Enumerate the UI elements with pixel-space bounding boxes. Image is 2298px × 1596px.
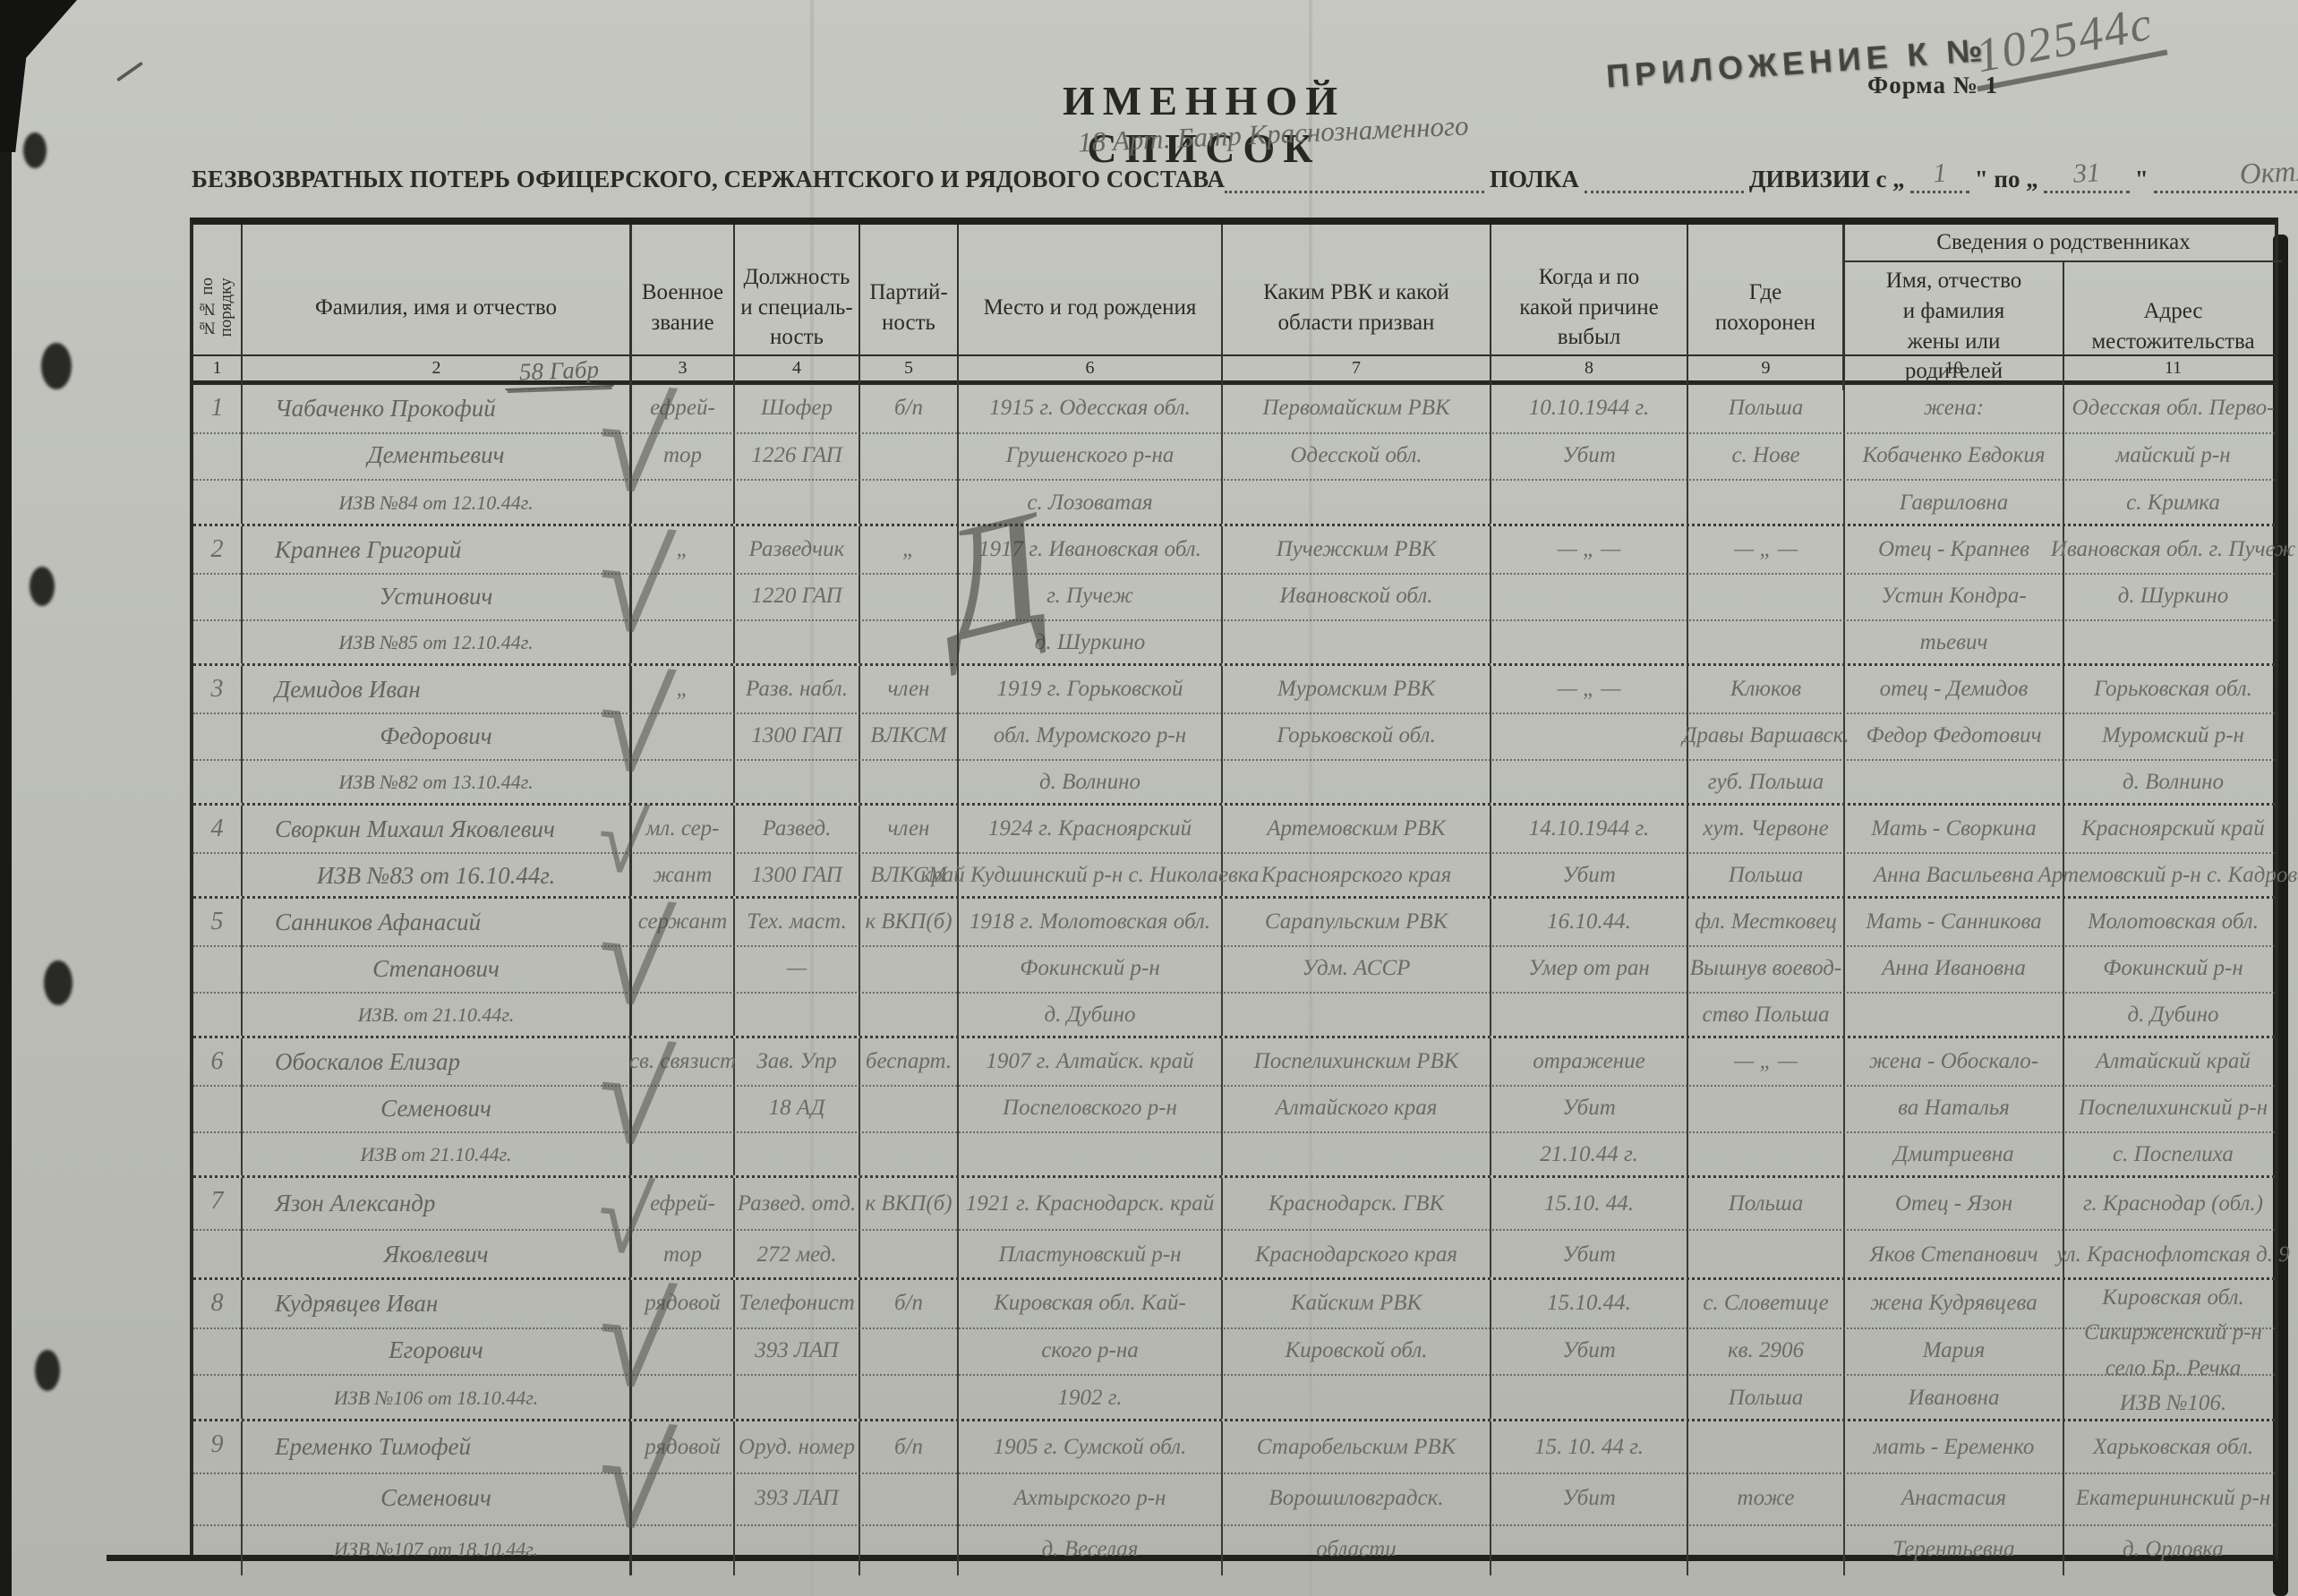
cell-num: 4 <box>193 806 243 896</box>
cell-line: Первомайским РВК <box>1223 385 1490 432</box>
cell-line: Горьковской обл. <box>1223 713 1490 759</box>
cell-line: Польша <box>1688 852 1843 899</box>
cell-party: б/п <box>860 1421 959 1575</box>
cell-line: фл. Местковец <box>1688 899 1843 945</box>
cell-line: Кировская обл. Кай- <box>959 1280 1221 1327</box>
cell-when: 14.10.1944 г.Убит <box>1491 806 1688 896</box>
cell-line: 10.10.1944 г. <box>1491 385 1687 432</box>
cell-line: Харьковская обл. <box>2064 1421 2282 1472</box>
cell-line: тоже <box>1688 1472 1843 1523</box>
cell-line: ИЗВ №84 от 12.10.44г. <box>243 479 629 526</box>
cell-num: 2 <box>193 526 243 663</box>
header-row-number-label: №№ по порядку <box>199 277 236 337</box>
cell-line: 1902 г. <box>959 1374 1221 1421</box>
cell-line: ИЗВ. от 21.10.44г. <box>243 992 629 1038</box>
cell-line: с. Лозоватая <box>959 479 1221 526</box>
cell-line: Польша <box>1688 1374 1843 1421</box>
cell-line: село Бр. Речка <box>2064 1351 2282 1387</box>
handwritten-annotation-58gabr: 58 Габр <box>504 355 613 390</box>
from-day-blank: 1 <box>1910 160 1969 193</box>
cell-when: отражениеУбит21.10.44 г. <box>1491 1038 1688 1175</box>
cell-line: 1220 ГАП <box>735 573 859 619</box>
cell-party: к ВКП(б) <box>860 1178 959 1277</box>
cell-rel: Отец - ЯзонЯков Степанович <box>1845 1178 2064 1277</box>
cell-line: 15.10.44. <box>1491 1280 1687 1327</box>
cell-line: ИЗВ №106. <box>2064 1387 2282 1422</box>
cell-line: Муромский р-н <box>2064 713 2282 759</box>
cell-where: Польша <box>1688 1178 1845 1277</box>
cell-party: „ <box>860 526 959 663</box>
cell-line: д. Шуркино <box>959 619 1221 666</box>
cell-line: Разведчик <box>735 526 859 573</box>
cell-line: д. Шуркино <box>2064 573 2282 619</box>
cell-line: жена Кудрявцева <box>1845 1280 2063 1327</box>
cell-line: б/п <box>860 1280 957 1327</box>
cell-line: Устинович <box>243 573 629 619</box>
cell-party: членВЛКСМ <box>860 666 959 803</box>
cell-addr: Алтайский крайПоспелихинский р-нс. Поспе… <box>2064 1038 2282 1175</box>
cell-line: Федорович <box>243 713 629 759</box>
cell-line: ство Польша <box>1688 992 1843 1038</box>
cell-line: д. Дубино <box>2064 992 2282 1038</box>
cell-name: Обоскалов ЕлизарСеменовичИЗВ от 21.10.44… <box>243 1038 632 1175</box>
cell-line: Красноярский край <box>2064 806 2282 852</box>
cell-line: св. связист <box>632 1038 733 1085</box>
cell-line: Пучежским РВК <box>1223 526 1490 573</box>
cell-line: Муромским РВК <box>1223 666 1490 713</box>
cell-line: 393 ЛАП <box>735 1472 859 1523</box>
cell-rvk: Пучежским РВКИвановской обл. <box>1223 526 1491 663</box>
cell-line: 272 мед. <box>735 1229 859 1280</box>
cell-line: Еременко Тимофей <box>243 1421 629 1472</box>
table-row: 3Демидов ИванФедоровичИЗВ №82 от 13.10.4… <box>193 666 2275 806</box>
cell-line: Польша <box>1688 385 1843 432</box>
cell-line: Терентьевна <box>1845 1524 2063 1575</box>
polka-blank <box>1585 160 1744 193</box>
column-number: 1 <box>193 356 243 380</box>
cell-line: Ворошиловградск. <box>1223 1472 1490 1523</box>
casualty-table: №№ по порядку Фамилия, имя и отчество Во… <box>190 218 2278 1561</box>
cell-line: ефрей- <box>632 1178 733 1229</box>
cell-line: Федор Федотович <box>1845 713 2063 759</box>
cell-name: Своркин Михаил ЯковлевичИЗВ №83 от 16.10… <box>243 806 632 896</box>
cell-line: край Кудшинский р-н с. Николаевка <box>959 852 1221 899</box>
cell-line: Убит <box>1491 1085 1687 1131</box>
cell-line: Устин Кондра- <box>1845 573 2063 619</box>
cell-line: Артемовским РВК <box>1223 806 1490 852</box>
cell-line: с. Словетице <box>1688 1280 1843 1327</box>
cell-line: Дмитриевна <box>1845 1131 2063 1178</box>
cell-num: 8 <box>193 1280 243 1419</box>
cell-line: жена: <box>1845 385 2063 432</box>
cell-line: 16.10.44. <box>1491 899 1687 945</box>
cell-line: 15.10. 44. <box>1491 1178 1687 1229</box>
cell-where: с. Словетицекв. 2906Польша <box>1688 1280 1845 1419</box>
cell-party: б/п <box>860 1280 959 1419</box>
cell-line: Разв. набл. <box>735 666 859 713</box>
cell-when: 15.10. 44.Убит <box>1491 1178 1688 1277</box>
cell-num: 7 <box>193 1178 243 1277</box>
cell-line: 6 <box>193 1038 241 1085</box>
subtitle-division: ДИВИЗИИ с „ <box>1749 166 1905 193</box>
cell-line: майский р-н <box>2064 432 2282 480</box>
cell-line: Отец - Язон <box>1845 1178 2063 1229</box>
cell-addr: Одесская обл. Перво-майский р-нс. Кримка <box>2064 385 2282 524</box>
cell-where: КлюковДравы Варшавск.губ. Польша <box>1688 666 1845 803</box>
cell-line: Анастасия <box>1845 1472 2063 1523</box>
cell-line: тьевич <box>1845 619 2063 666</box>
cell-line: Вышнув воевод- <box>1688 945 1843 992</box>
cell-line: Пластуновский р-н <box>959 1229 1221 1280</box>
table-row: 6Обоскалов ЕлизарСеменовичИЗВ от 21.10.4… <box>193 1038 2275 1178</box>
cell-line: 4 <box>193 806 241 852</box>
cell-num: 3 <box>193 666 243 803</box>
handwritten-month: Октября <box>2239 153 2298 192</box>
cell-name: Еременко ТимофейСеменовичИЗВ №107 от 18.… <box>243 1421 632 1575</box>
cell-line: 1919 г. Горьковской <box>959 666 1221 713</box>
cell-where: Польшас. Нове <box>1688 385 1845 524</box>
cell-rank: ефрей-тор <box>632 1178 735 1277</box>
cell-line: Телефонист <box>735 1280 859 1327</box>
cell-birth: 1915 г. Одесская обл.Грушенского р-нас. … <box>959 385 1223 524</box>
cell-line: Отец - Крапнев <box>1845 526 2063 573</box>
cell-line: Степанович <box>243 945 629 992</box>
cell-line: Умер от ран <box>1491 945 1687 992</box>
cell-line: беспарт. <box>860 1038 957 1085</box>
cell-when: — „ — <box>1491 666 1688 803</box>
column-number: 9 <box>1688 356 1845 380</box>
cell-line: Сарапульским РВК <box>1223 899 1490 945</box>
cell-duty: Развед.1300 ГАП <box>735 806 860 896</box>
cell-duty: Телефонист393 ЛАП <box>735 1280 860 1419</box>
cell-line: Кудрявцев Иван <box>243 1280 629 1327</box>
cell-line: Горьковская обл. <box>2064 666 2282 713</box>
cell-addr: Ивановская обл. г. Пучежд. Шуркино <box>2064 526 2282 663</box>
cell-line: 1915 г. Одесская обл. <box>959 385 1221 432</box>
cell-line: 1918 г. Молотовская обл. <box>959 899 1221 945</box>
cell-line: Фокинский р-н <box>2064 945 2282 992</box>
cell-duty: Оруд. номер393 ЛАП <box>735 1421 860 1575</box>
cell-line: Екатерининский р-н <box>2064 1472 2282 1523</box>
cell-line: „ <box>632 666 733 713</box>
cell-line: Мать - Своркина <box>1845 806 2063 852</box>
cell-line: б/п <box>860 1421 957 1472</box>
cell-addr: Горьковская обл.Муромский р-нд. Волнино <box>2064 666 2282 803</box>
cell-addr: Молотовская обл.Фокинский р-нд. Дубино <box>2064 899 2282 1036</box>
cell-line: Санников Афанасий <box>243 899 629 945</box>
cell-line: Старобельским РВК <box>1223 1421 1490 1472</box>
cell-when: 15.10.44.Убит <box>1491 1280 1688 1419</box>
cell-rel: Мать - СанниковаАнна Ивановна <box>1845 899 2064 1036</box>
cell-line: Польша <box>1688 1178 1843 1229</box>
cell-rank: сержант <box>632 899 735 1036</box>
cell-line: ВЛКСМ <box>860 713 957 759</box>
cell-line: Убит <box>1491 1327 1687 1375</box>
cell-birth: 1918 г. Молотовская обл.Фокинский р-нд. … <box>959 899 1223 1036</box>
cell-rvk: Старобельским РВКВорошиловградск.области <box>1223 1421 1491 1575</box>
cell-line: 5 <box>193 899 241 945</box>
handwritten-from-day: 1 <box>1932 158 1947 190</box>
cell-line: Своркин Михаил Яковлевич <box>243 806 629 852</box>
cell-line: к ВКП(б) <box>860 899 957 945</box>
cell-line: Убит <box>1491 852 1687 899</box>
cell-num: 1 <box>193 385 243 524</box>
cell-rel: жена КудрявцеваМарияИвановна <box>1845 1280 2064 1419</box>
cell-line: Красноярского края <box>1223 852 1490 899</box>
cell-line: ва Наталья <box>1845 1085 2063 1131</box>
cell-line: Чабаченко Прокофий <box>243 385 629 432</box>
month-blank: Октября <box>2154 160 2298 193</box>
cell-line: Зав. Упр <box>735 1038 859 1085</box>
cell-when: 15. 10. 44 г.Убит <box>1491 1421 1688 1575</box>
cell-line: кв. 2906 <box>1688 1327 1843 1375</box>
cell-line: 7 <box>193 1178 241 1229</box>
cell-line: Молотовская обл. <box>2064 899 2282 945</box>
scan-left-edge <box>0 0 12 1596</box>
cell-line: жант <box>632 852 733 899</box>
cell-rvk: Краснодарск. ГВККраснодарского края <box>1223 1178 1491 1277</box>
cell-line: жена - Обоскало- <box>1845 1038 2063 1085</box>
to-day-blank: 31 <box>2044 160 2130 193</box>
cell-when: — „ — <box>1491 526 1688 663</box>
table-row: 4Своркин Михаил ЯковлевичИЗВ №83 от 16.1… <box>193 806 2275 899</box>
cell-line: Семенович <box>243 1472 629 1523</box>
cell-line: Кайским РВК <box>1223 1280 1490 1327</box>
cell-line: ул. Краснофлотская д. 9 <box>2064 1229 2282 1280</box>
cell-line: с. Поспелиха <box>2064 1131 2282 1178</box>
cell-line: Краснодарск. ГВК <box>1223 1178 1490 1229</box>
cell-line: Дравы Варшавск. <box>1688 713 1843 759</box>
cell-line: г. Краснодар (обл.) <box>2064 1178 2282 1229</box>
cell-line: Алтайский край <box>2064 1038 2282 1085</box>
cell-line: обл. Муромского р-н <box>959 713 1221 759</box>
cell-line: 1300 ГАП <box>735 852 859 899</box>
cell-line: Ивановская обл. г. Пучеж <box>2064 526 2282 573</box>
table-body: 1Чабаченко ПрокофийДементьевичИЗВ №84 от… <box>193 385 2275 1575</box>
cell-line: 2 <box>193 526 241 573</box>
column-number: 10 <box>1845 356 2064 380</box>
cell-rank: мл. сер-жант <box>632 806 735 896</box>
cell-line: д. Дубино <box>959 992 1221 1038</box>
header-relatives-group-label: Сведения о родственниках <box>1845 225 2282 262</box>
cell-line: Семенович <box>243 1085 629 1131</box>
cell-line: губ. Польша <box>1688 759 1843 806</box>
cell-rank: св. связист <box>632 1038 735 1175</box>
cell-addr: г. Краснодар (обл.)ул. Краснофлотская д.… <box>2064 1178 2282 1277</box>
cell-birth: 1924 г. Красноярскийкрай Кудшинский р-н … <box>959 806 1223 896</box>
cell-rank: рядовой <box>632 1421 735 1575</box>
cell-line: 8 <box>193 1280 241 1327</box>
column-number: 5 <box>860 356 959 380</box>
cell-duty: Разведчик1220 ГАП <box>735 526 860 663</box>
cell-rel: мать - ЕременкоАнастасияТерентьевна <box>1845 1421 2064 1575</box>
cell-line: Анна Васильевна <box>1845 852 2063 899</box>
cell-line: Егорович <box>243 1327 629 1375</box>
cell-line: мл. сер- <box>632 806 733 852</box>
scan-top-left-corner <box>0 0 77 152</box>
cell-line: Сикирженский р-н <box>2064 1316 2282 1352</box>
cell-rank: рядовой <box>632 1280 735 1419</box>
cell-birth: 1919 г. Горьковскойобл. Муромского р-нд.… <box>959 666 1223 803</box>
cell-where: — „ — <box>1688 526 1845 663</box>
table-row: 7Язон АлександрЯковлевичефрей-торРазвед.… <box>193 1178 2275 1280</box>
cell-line: 1 <box>193 385 241 432</box>
cell-line: 9 <box>193 1421 241 1472</box>
cell-line: Яков Степанович <box>1845 1229 2063 1280</box>
cell-line: д. Веселая <box>959 1524 1221 1575</box>
table-bottom-rule-extension <box>107 1555 193 1561</box>
cell-line: ИЗВ №85 от 12.10.44г. <box>243 619 629 666</box>
cell-line: д. Волнино <box>2064 759 2282 806</box>
punch-hole <box>30 567 55 606</box>
column-number: 8 <box>1491 356 1688 380</box>
cell-addr: Красноярский крайАртемовский р-н с. Кадр… <box>2064 806 2282 896</box>
cell-line: рядовой <box>632 1421 733 1472</box>
column-number: 7 <box>1223 356 1491 380</box>
punch-hole <box>23 132 47 168</box>
cell-line: ИЗВ №83 от 16.10.44г. <box>243 852 629 899</box>
cell-name: Чабаченко ПрокофийДементьевичИЗВ №84 от … <box>243 385 632 524</box>
punch-hole <box>35 1350 60 1391</box>
cell-where: хут. ЧервонеПольша <box>1688 806 1845 896</box>
cell-line: Одесская обл. Перво- <box>2064 385 2282 432</box>
cell-birth: 1917 г. Ивановская обл.г. Пучежд. Шуркин… <box>959 526 1223 663</box>
cell-line: 3 <box>193 666 241 713</box>
cell-line: 393 ЛАП <box>735 1327 859 1375</box>
cell-line: Клюков <box>1688 666 1843 713</box>
table-row: 1Чабаченко ПрокофийДементьевичИЗВ №84 от… <box>193 385 2275 526</box>
cell-line: Убит <box>1491 1229 1687 1280</box>
cell-line: Обоскалов Елизар <box>243 1038 629 1085</box>
cell-line: ИЗВ №107 от 18.10.44г. <box>243 1524 629 1575</box>
cell-line: Поспеловского р-н <box>959 1085 1221 1131</box>
cell-rank: „ <box>632 666 735 803</box>
cell-rvk: Артемовским РВККрасноярского края <box>1223 806 1491 896</box>
cell-line: — „ — <box>1491 526 1687 573</box>
cell-line: Ивановна <box>1845 1374 2063 1421</box>
cell-birth: 1907 г. Алтайск. крайПоспеловского р-н <box>959 1038 1223 1175</box>
cell-line: Убит <box>1491 1472 1687 1523</box>
subtitle-polka: ПОЛКА <box>1490 166 1579 193</box>
cell-num: 5 <box>193 899 243 1036</box>
cell-rel: жена:Кобаченко ЕвдокияГавриловна <box>1845 385 2064 524</box>
table-row: 8Кудрявцев ИванЕгоровичИЗВ №106 от 18.10… <box>193 1280 2275 1421</box>
cell-line: 14.10.1944 г. <box>1491 806 1687 852</box>
cell-line: Шофер <box>735 385 859 432</box>
cell-line: Кобаченко Евдокия <box>1845 432 2063 480</box>
subtitle-line: БЕЗВОЗВРАТНЫХ ПОТЕРЬ ОФИЦЕРСКОГО, СЕРЖАН… <box>192 150 2290 193</box>
cell-line: Артемовский р-н с. Кадрово <box>2064 852 2282 899</box>
cell-line: Одесской обл. <box>1223 432 1490 480</box>
cell-line: „ <box>860 526 957 573</box>
pencil-mark <box>116 62 143 82</box>
cell-line: Развед. <box>735 806 859 852</box>
cell-line: 1905 г. Сумской обл. <box>959 1421 1221 1472</box>
punch-hole <box>41 343 72 389</box>
cell-line <box>1688 1421 1843 1472</box>
cell-line: Гавриловна <box>1845 479 2063 526</box>
cell-duty: Шофер1226 ГАП <box>735 385 860 524</box>
cell-name: Крапнев ГригорийУстиновичИЗВ №85 от 12.1… <box>243 526 632 663</box>
cell-line: Поспелихинским РВК <box>1223 1038 1490 1085</box>
cell-addr: Харьковская обл.Екатерининский р-нд. Орл… <box>2064 1421 2282 1575</box>
cell-line: области <box>1223 1524 1490 1575</box>
subtitle-quote: " <box>2135 166 2149 193</box>
cell-name: Демидов ИванФедоровичИЗВ №82 от 13.10.44… <box>243 666 632 803</box>
cell-party: б/п <box>860 385 959 524</box>
punch-hole <box>44 960 73 1005</box>
cell-line: хут. Червоне <box>1688 806 1843 852</box>
column-number: 11 <box>2064 356 2282 380</box>
cell-name: Кудрявцев ИванЕгоровичИЗВ №106 от 18.10.… <box>243 1280 632 1419</box>
cell-line: Ивановской обл. <box>1223 573 1490 619</box>
table-header: №№ по порядку Фамилия, имя и отчество Во… <box>193 225 2275 356</box>
cell-addr: Кировская обл.Сикирженский р-нсело Бр. Р… <box>2064 1280 2282 1419</box>
cell-rank: ефрей-тор <box>632 385 735 524</box>
cell-line: Оруд. номер <box>735 1421 859 1472</box>
cell-line: с. Нове <box>1688 432 1843 480</box>
cell-line: ефрей- <box>632 385 733 432</box>
cell-line: — <box>735 945 859 992</box>
cell-line: Мать - Санникова <box>1845 899 2063 945</box>
table-row: 5Санников АфанасийСтепановичИЗВ. от 21.1… <box>193 899 2275 1038</box>
table-row: 2Крапнев ГригорийУстиновичИЗВ №85 от 12.… <box>193 526 2275 666</box>
cell-where: — „ — <box>1688 1038 1845 1175</box>
cell-duty: Зав. Упр18 АД <box>735 1038 860 1175</box>
cell-name: Санников АфанасийСтепановичИЗВ. от 21.10… <box>243 899 632 1036</box>
cell-rvk: Сарапульским РВКУдм. АССР <box>1223 899 1491 1036</box>
cell-line: — „ — <box>1688 526 1843 573</box>
cell-line: тор <box>632 432 733 480</box>
cell-line: Яковлевич <box>243 1229 629 1280</box>
cell-rel: Мать - СворкинаАнна Васильевна <box>1845 806 2064 896</box>
cell-rvk: Кайским РВККировской обл. <box>1223 1280 1491 1419</box>
cell-line: Кировской обл. <box>1223 1327 1490 1375</box>
cell-line: Грушенского р-на <box>959 432 1221 480</box>
column-number: 3 <box>632 356 735 380</box>
cell-rel: жена - Обоскало-ва НатальяДмитриевна <box>1845 1038 2064 1175</box>
cell-duty: Развед. отд.272 мед. <box>735 1178 860 1277</box>
cell-name: Язон АлександрЯковлевич <box>243 1178 632 1277</box>
column-number: 4 <box>735 356 860 380</box>
cell-line: отец - Демидов <box>1845 666 2063 713</box>
cell-line: 21.10.44 г. <box>1491 1131 1687 1178</box>
cell-line: 1921 г. Краснодарск. край <box>959 1178 1221 1229</box>
cell-birth: 1921 г. Краснодарск. крайПластуновский р… <box>959 1178 1223 1277</box>
cell-line: Кировская обл. <box>2064 1280 2282 1316</box>
cell-line: „ <box>632 526 733 573</box>
cell-line: Краснодарского края <box>1223 1229 1490 1280</box>
cell-when: 10.10.1944 г.Убит <box>1491 385 1688 524</box>
scanned-document-page: Приложение к № 102544с Форма № 1 ИМЕННОЙ… <box>0 0 2298 1596</box>
cell-line: Анна Ивановна <box>1845 945 2063 992</box>
cell-line: д. Орловка <box>2064 1524 2282 1575</box>
handwritten-to-day: 31 <box>2072 158 2101 190</box>
cell-birth: Кировская обл. Кай-ского р-на1902 г. <box>959 1280 1223 1419</box>
cell-line: Удм. АССР <box>1223 945 1490 992</box>
cell-line: 1226 ГАП <box>735 432 859 480</box>
cell-party: беспарт. <box>860 1038 959 1175</box>
cell-line: Алтайского края <box>1223 1085 1490 1131</box>
cell-duty: Тех. маст.— <box>735 899 860 1036</box>
cell-line: б/п <box>860 385 957 432</box>
cell-line: Крапнев Григорий <box>243 526 629 573</box>
cell-rvk: Первомайским РВКОдесской обл. <box>1223 385 1491 524</box>
cell-rel: Отец - КрапневУстин Кондра-тьевич <box>1845 526 2064 663</box>
cell-line: д. Волнино <box>959 759 1221 806</box>
cell-line: мать - Еременко <box>1845 1421 2063 1472</box>
cell-line: член <box>860 806 957 852</box>
